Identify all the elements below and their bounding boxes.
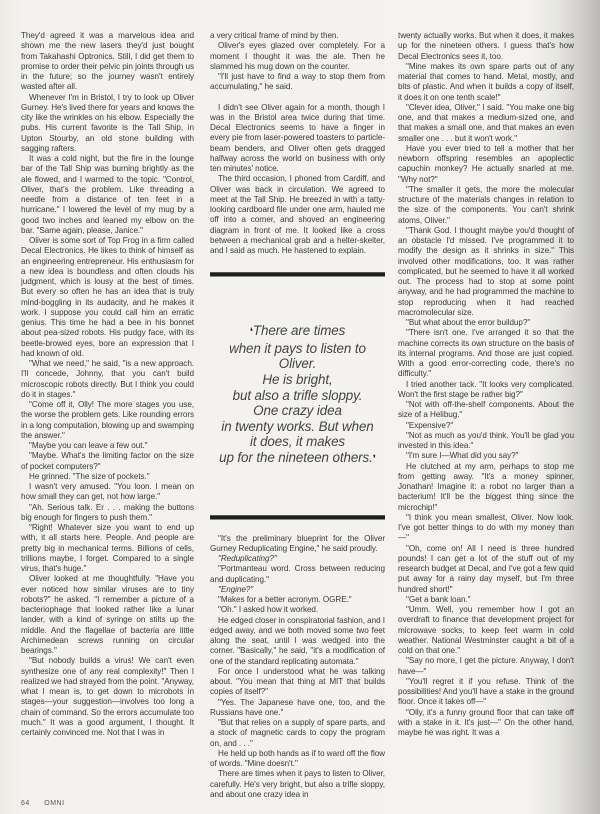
paragraph: "Thank God. I thought maybe you'd though… <box>398 226 574 318</box>
paragraph: Oliver's eyes glazed over completely. Fo… <box>210 41 385 72</box>
pull-quote-bottom-rule <box>210 515 385 520</box>
page-folio: 64 OMNI <box>21 800 77 807</box>
paragraph: The third occasion, I phoned from Cardif… <box>210 174 385 256</box>
paragraph: "Maybe you can leave a few out." <box>21 441 194 451</box>
paragraph: "Not with off-the-shelf components. Abou… <box>398 400 574 421</box>
paragraph: "It's the preliminary blueprint for the … <box>210 534 385 555</box>
paragraph: "I'll just have to find a way to stop th… <box>210 72 385 93</box>
paragraph: I didn't see Oliver again for a month, t… <box>210 103 385 175</box>
article-column-3: twenty actually works. But when it does,… <box>398 31 574 738</box>
paragraph: twenty actually works. But when it does,… <box>398 31 574 62</box>
paragraph: He grinned. "The size of pockets." <box>21 472 194 482</box>
paragraph: He clutched at my arm, perhaps to stop m… <box>398 462 574 513</box>
paragraph: It was a cold night, but the fire in the… <box>21 154 194 236</box>
paragraph: Oliver is some sort of Top Frog in a fir… <box>21 236 194 359</box>
paragraph: "I think you mean smallest, Oliver. Now … <box>398 513 574 544</box>
paragraph: "Get a bank loan." <box>398 595 574 605</box>
paragraph: Whenever I'm in Bristol, I try to look u… <box>21 93 194 155</box>
paragraph: "The smaller it gets, the more the molec… <box>398 185 574 226</box>
article-column-1: They'd agreed it was a marvelous idea an… <box>21 31 194 738</box>
paragraph: "But what about the error buildup?" <box>398 318 574 328</box>
paragraph: He edged closer in conspiratorial fashio… <box>210 616 385 667</box>
paragraph: "Yes. The Japanese have one, too, and th… <box>210 698 385 719</box>
paragraph: "Maybe. What's the limiting factor on th… <box>21 451 194 472</box>
paragraph: "Mine makes its own spare parts out of a… <box>398 62 574 103</box>
paragraph: "But nobody builds a virus! We can't eve… <box>21 656 194 738</box>
paragraph: "Ah. Serious talk. Er . . . making the b… <box>21 503 194 524</box>
paragraph: "Right! Whatever size you want to end up… <box>21 523 194 574</box>
paragraph: "Oh." I asked how it worked. <box>210 605 385 615</box>
paragraph: "Clever idea, Oliver," I said. "You make… <box>398 103 574 144</box>
paragraph: Oliver looked at me thoughtfully. "Have … <box>21 574 194 656</box>
paragraph: "Makes for a better acronym. OGRE." <box>210 595 385 605</box>
paragraph: He held up both hands as if to ward off … <box>210 749 385 770</box>
paragraph: "Olly, it's a funny ground floor that ca… <box>398 708 574 739</box>
publication-name: OMNI <box>44 800 64 807</box>
paragraph: "Umm. Well, you remember how I got an ov… <box>398 605 574 656</box>
paragraph: "Say no more, I get the picture. Anyway,… <box>398 656 574 677</box>
paragraph: "What we need," he said, "is a new appro… <box>21 359 194 400</box>
pull-quote-top-rule <box>210 272 385 277</box>
paragraph: "Oh, come on! All I need is three hundre… <box>398 544 574 595</box>
paragraph: There are times when it pays to listen t… <box>210 769 385 800</box>
article-column-2: a very critical frame of mind by then. O… <box>210 31 385 800</box>
paragraph: For once I understood what he was talkin… <box>210 667 385 698</box>
paragraph: I tried another tack. "It looks very com… <box>398 380 574 401</box>
paragraph: I wasn't very amused. "You loon. I mean … <box>21 482 194 503</box>
paragraph: "Expensive?" <box>398 421 574 431</box>
paragraph: "Reduplicating?" <box>210 554 385 564</box>
paragraph: "There isn't one. I've arranged it so th… <box>398 328 574 379</box>
paragraph: "Portmanteau word. Cross between reducin… <box>210 564 385 585</box>
paragraph: "Come off it, Olly! The more stages you … <box>21 400 194 441</box>
paragraph: "Not as much as you'd think. You'll be g… <box>398 431 574 452</box>
close-quote-mark-icon: ❜ <box>373 454 376 465</box>
page-number: 64 <box>21 800 30 807</box>
paragraph: "I'm sure I—What did you say?" <box>398 451 574 461</box>
paragraph: "Engine?" <box>210 585 385 595</box>
paragraph: Have you ever tried to tell a mother tha… <box>398 144 574 185</box>
paragraph: "But that relies on a supply of spare pa… <box>210 718 385 749</box>
pull-quote: ❛There are times when it pays to listen … <box>210 323 385 467</box>
paragraph: a very critical frame of mind by then. <box>210 31 385 41</box>
paragraph: They'd agreed it was a marvelous idea an… <box>21 31 194 93</box>
paragraph: "You'll regret it if you refuse. Think o… <box>398 677 574 708</box>
